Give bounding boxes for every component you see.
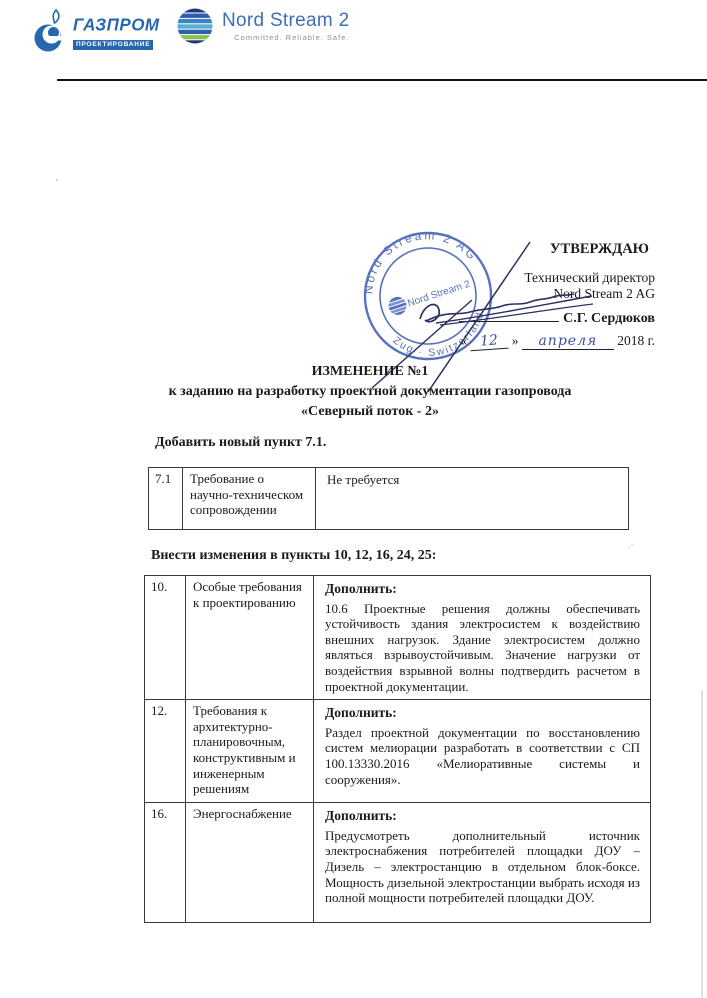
table-row: 12. Требования к архитектурно-планировоч… <box>145 700 651 803</box>
row-name-cell: Требования к архитектурно-планировочным,… <box>186 700 314 803</box>
gazprom-logo: ГАЗПРОМ ПРОЕКТИРОВАНИЕ <box>34 8 160 54</box>
row-number-cell: 12. <box>145 700 186 803</box>
scan-artifact-apostrophe: ' <box>56 178 58 189</box>
row-body-text: 10.6 Проектные решения должны обеспечива… <box>325 601 640 695</box>
nordstream2-tagline: Committed. Reliable. Safe. <box>222 33 349 42</box>
section2-heading: Внести изменения в пункты 10, 12, 16, 24… <box>151 548 436 564</box>
row-name-cell: Требование о научно-техническом сопровож… <box>183 468 316 530</box>
document-title-line3: «Северный поток - 2» <box>88 402 652 422</box>
row-name-cell: Энергоснабжение <box>186 803 314 923</box>
row-body-heading: Дополнить: <box>325 705 640 721</box>
nordstream2-logo: Nord Stream 2 Committed. Reliable. Safe. <box>176 7 349 45</box>
header-divider <box>57 79 707 81</box>
row-body-text: Раздел проектной документации по восстан… <box>325 725 640 787</box>
document-title: ИЗМЕНЕНИЕ №1 к заданию на разработку про… <box>88 362 652 422</box>
row-number-cell: 16. <box>145 803 186 923</box>
row-body-heading: Дополнить: <box>325 808 640 824</box>
row-body-cell: Не требуется <box>316 468 629 530</box>
table-row: 16. Энергоснабжение Дополнить: Предусмот… <box>145 803 651 923</box>
row-body-cell: Дополнить: Предусмотреть дополнительный … <box>314 803 651 923</box>
gazprom-logo-title: ГАЗПРОМ <box>73 16 160 34</box>
row-name-cell: Особые требования к проектированию <box>186 576 314 700</box>
gazprom-flame-icon <box>34 8 70 54</box>
section2-table: 10. Особые требования к проектированию Д… <box>144 575 651 923</box>
gazprom-logo-subtitle: ПРОЕКТИРОВАНИЕ <box>73 40 153 50</box>
section1-heading: Добавить новый пункт 7.1. <box>155 435 326 451</box>
section1-table: 7.1 Требование о научно-техническом сопр… <box>148 467 629 530</box>
row-body-cell: Дополнить: 10.6 Проектные решения должны… <box>314 576 651 700</box>
document-page: ГАЗПРОМ ПРОЕКТИРОВАНИЕ Nord Stream 2 Com… <box>0 0 707 998</box>
row-body-heading: Дополнить: <box>325 581 640 597</box>
nordstream2-globe-icon <box>176 7 214 45</box>
row-number-cell: 10. <box>145 576 186 700</box>
nordstream2-logo-title: Nord Stream 2 <box>222 11 349 31</box>
page-edge-shadow <box>701 690 703 998</box>
document-title-line1: ИЗМЕНЕНИЕ №1 <box>88 362 652 382</box>
row-body-cell: Дополнить: Раздел проектной документации… <box>314 700 651 803</box>
table-row: 7.1 Требование о научно-техническом сопр… <box>149 468 629 530</box>
table-row: 10. Особые требования к проектированию Д… <box>145 576 651 700</box>
document-title-line2: к заданию на разработку проектной докуме… <box>88 382 652 402</box>
row-body-text: Предусмотреть дополнительный источник эл… <box>325 828 640 906</box>
row-number-cell: 7.1 <box>149 468 183 530</box>
scan-artifact-dots: .· <box>628 540 634 551</box>
